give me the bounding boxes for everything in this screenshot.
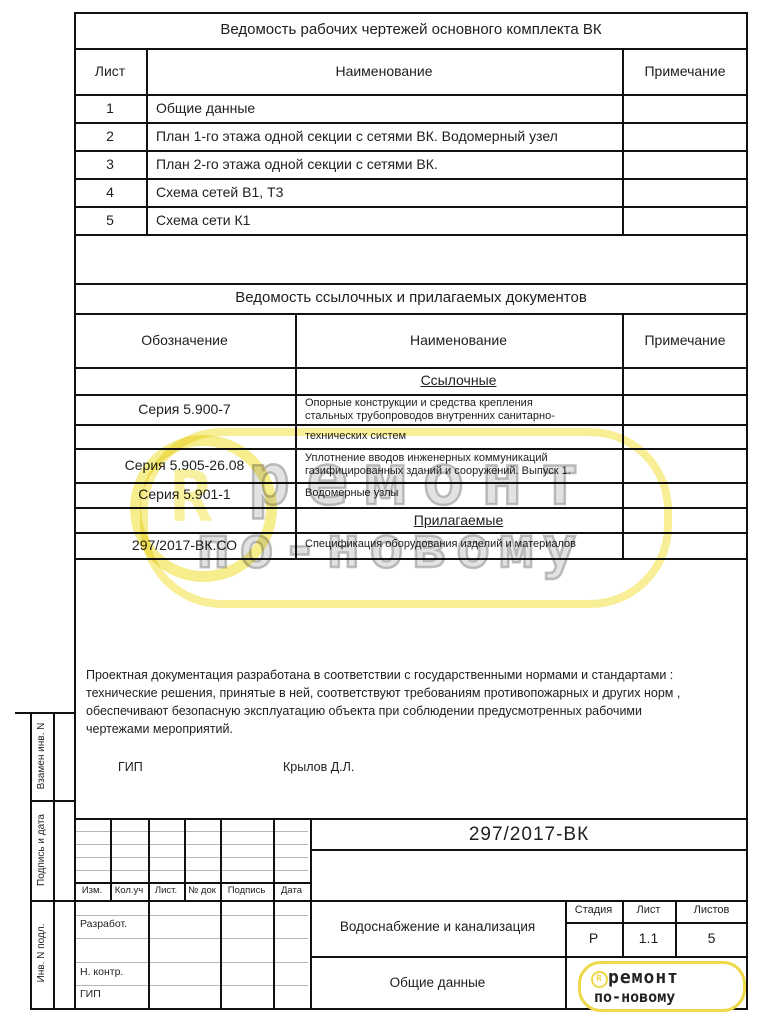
table-row-name: Схема сетей В1, Т3 <box>156 184 283 200</box>
drawing-sheet: Ведомость рабочих чертежей основного ком… <box>0 0 768 1024</box>
grid-line <box>273 818 275 1010</box>
sheet-name: Общие данные <box>310 975 565 990</box>
ref-name: технических систем <box>305 430 406 442</box>
section-attached: Прилагаемые <box>295 512 622 528</box>
grid-line <box>53 712 55 1010</box>
grid-line <box>310 849 748 851</box>
grid-line <box>74 122 748 124</box>
col-header-name: Наименование <box>146 63 622 79</box>
doc-number: 297/2017-ВК <box>310 824 748 846</box>
grid-line <box>220 818 222 1010</box>
signer-name: Крылов Д.Л. <box>283 760 354 774</box>
grid-line <box>74 94 748 96</box>
grid-line <box>74 482 748 484</box>
grid-line <box>74 448 748 450</box>
grid-line <box>74 900 748 902</box>
col-header-note: Примечание <box>622 63 748 79</box>
col-header-designation: Обозначение <box>74 332 295 348</box>
sheets-value: 5 <box>675 930 748 946</box>
table-row-sheet: 3 <box>74 156 146 172</box>
strip-cell-inv: Инв. N подл. <box>34 901 50 1005</box>
ref-name: Водомерные узлы <box>305 487 398 499</box>
table-row-sheet: 2 <box>74 128 146 144</box>
stage-value: Р <box>565 930 622 946</box>
ref-designation: 297/2017-ВК.СО <box>74 537 295 553</box>
role-gip: ГИП <box>80 988 101 1000</box>
brand-logo: Rремонт по-новому <box>578 961 746 1012</box>
ref-designation: Серия 5.901-1 <box>74 486 295 502</box>
project-name: Водоснабжение и канализация <box>310 919 565 934</box>
grid-line <box>74 283 748 285</box>
grid-line <box>74 532 748 534</box>
table-row-sheet: 1 <box>74 100 146 116</box>
grid-line <box>74 818 748 820</box>
grid-line <box>622 313 624 560</box>
notes-line: технические решения, принятые в ней, соо… <box>86 686 680 700</box>
table-row-name: План 1-го этажа одной секции с сетями ВК… <box>156 128 558 144</box>
working-drawings-title: Ведомость рабочих чертежей основного ком… <box>74 21 748 38</box>
grid-line <box>74 882 310 884</box>
role-ncontrol: Н. контр. <box>80 966 123 978</box>
grid-line <box>74 206 748 208</box>
sheet-value: 1.1 <box>622 930 675 946</box>
logo-line2: по-новому <box>594 988 675 1006</box>
registered-icon: R <box>591 971 608 988</box>
grid-line <box>74 507 748 509</box>
sheets-label: Листов <box>675 904 748 916</box>
grid-line <box>565 922 748 924</box>
strip-cell-podpis: Подпись и дата <box>34 802 50 898</box>
grid-line <box>74 558 748 560</box>
section-referenced: Ссылочные <box>295 372 622 388</box>
table-row-sheet: 4 <box>74 184 146 200</box>
col-header-name: Наименование <box>295 332 622 348</box>
grid-line <box>74 313 748 315</box>
grid-line <box>30 712 32 1010</box>
ref-name: Уплотнение вводов инженерных коммуникаци… <box>305 452 590 478</box>
rev-col-izm: Изм. <box>74 885 110 896</box>
rev-col-data: Дата <box>273 885 310 896</box>
stage-label: Стадия <box>565 904 622 916</box>
col-header-sheet: Лист <box>74 63 146 79</box>
grid-line <box>74 234 748 236</box>
grid-line <box>74 394 748 396</box>
grid-line <box>74 48 748 50</box>
table-row-sheet: 5 <box>74 212 146 228</box>
grid-line <box>74 367 748 369</box>
ref-name: Спецификация оборудования изделий и мате… <box>305 538 576 550</box>
grid-line <box>310 956 748 958</box>
references-title: Ведомость ссылочных и прилагаемых докуме… <box>74 289 748 306</box>
grid-line <box>74 12 748 14</box>
rev-col-podpis: Подпись <box>220 885 273 896</box>
notes-line: обеспечивают безопасную эксплуатацию объ… <box>86 704 642 718</box>
logo-line1: ремонт <box>608 967 679 988</box>
role-developer: Разработ. <box>80 918 127 930</box>
ref-name: Опорные конструкции и средства крепления… <box>305 397 563 423</box>
notes-line: Проектная документация разработана в соо… <box>86 668 673 682</box>
ref-designation: Серия 5.900-7 <box>74 401 295 417</box>
signer-role: ГИП <box>118 760 143 774</box>
strip-cell-zamen: Взамен инв. N <box>34 714 50 798</box>
rev-col-koluch: Кол.уч <box>110 885 148 896</box>
grid-line <box>74 178 748 180</box>
grid-line <box>746 12 748 1010</box>
rev-col-list: Лист. <box>148 885 184 896</box>
table-row-name: План 2-го этажа одной секции с сетями ВК… <box>156 156 438 172</box>
grid-line <box>565 900 567 1010</box>
table-row-name: Общие данные <box>156 100 255 116</box>
grid-line <box>74 150 748 152</box>
sheet-label: Лист <box>622 904 675 916</box>
notes-line: чертежами мероприятий. <box>86 722 233 736</box>
table-row-name: Схема сети К1 <box>156 212 250 228</box>
col-header-note: Примечание <box>622 332 748 348</box>
grid-line <box>148 818 150 1010</box>
ref-designation: Серия 5.905-26.08 <box>74 457 295 473</box>
rev-col-ndok: № док <box>184 885 220 896</box>
grid-line <box>74 424 748 426</box>
